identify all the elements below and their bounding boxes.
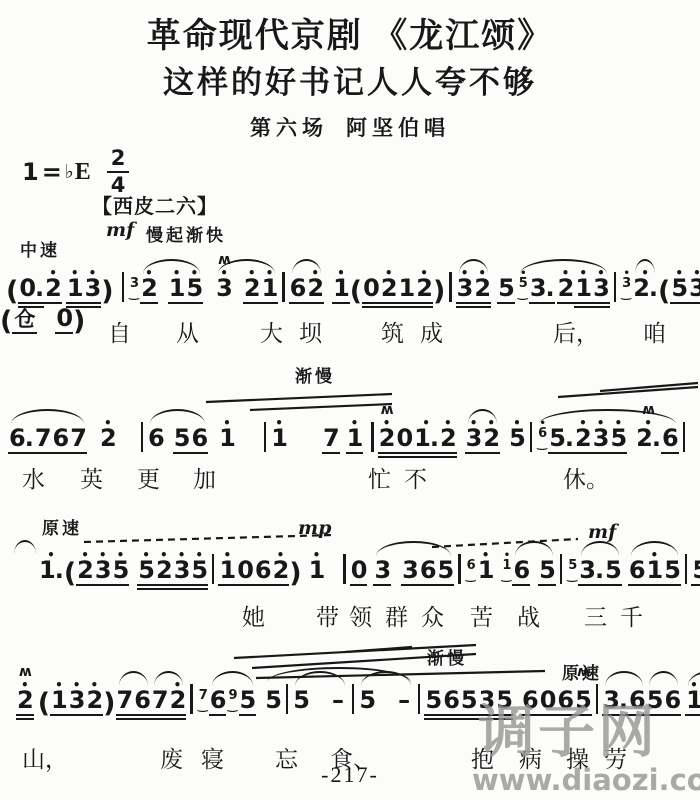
beam-line <box>460 714 478 716</box>
note-digit: 5 <box>692 558 700 582</box>
beam-line <box>424 718 442 720</box>
beam-line <box>401 584 419 586</box>
octave-dot-above: • <box>439 417 457 429</box>
beam-line <box>350 584 368 586</box>
beam-line <box>306 302 324 304</box>
note-digit: 1 <box>399 276 415 300</box>
beam-line <box>529 302 555 304</box>
grace-tie-icon: ‿ <box>537 437 547 449</box>
jianpu-note: 1• <box>218 558 236 591</box>
slur-group: 1•7‿1• <box>685 688 700 721</box>
beam-line <box>362 302 380 304</box>
beam-line <box>685 714 700 716</box>
beam-line <box>628 584 646 586</box>
tempo-marking: 慢起渐快 <box>146 221 226 246</box>
octave-dot-above: • <box>218 549 236 561</box>
jianpu-note: 2• <box>415 276 433 309</box>
octave-dot-above: • <box>592 267 610 279</box>
barline <box>458 554 460 584</box>
rest-note: 0. <box>18 276 44 309</box>
barline <box>683 422 685 452</box>
octave-dot-above: • <box>670 267 688 279</box>
beam-line <box>155 588 173 590</box>
jianpu-note: 6 <box>254 558 272 591</box>
lyric-char: 筑 <box>381 322 404 345</box>
octave-dot-above: • <box>482 417 500 429</box>
octave-dot-above: • <box>84 267 102 279</box>
beam-line <box>497 302 515 304</box>
beam-line <box>116 718 134 720</box>
beam-line <box>574 452 592 454</box>
beam-line <box>261 302 279 304</box>
grace-note: 3‿ <box>130 277 139 295</box>
slur-group: 62• <box>289 276 324 309</box>
barline <box>286 684 288 714</box>
jianpu-note: 2• <box>155 558 173 591</box>
barline <box>418 684 420 714</box>
beam-line <box>574 306 592 308</box>
jianpu-note: 1 <box>398 276 416 309</box>
note-digit: 3. <box>579 558 603 582</box>
jianpu-note: 3• <box>688 276 700 309</box>
beam-line <box>173 452 191 454</box>
jianpu-note: 5• <box>185 276 203 309</box>
key-tonic: 1 <box>22 158 39 186</box>
note-digit: 5 <box>539 558 555 582</box>
note-digit: 7 <box>117 688 133 712</box>
beam-line <box>439 456 457 458</box>
jianpu-note: 6 <box>209 688 227 721</box>
beam-line <box>395 456 413 458</box>
jianpu-note: 1• <box>646 558 664 591</box>
beam-line <box>456 302 474 304</box>
jianpu-note: 1.• <box>38 558 64 591</box>
jianpu-note: 2• <box>76 558 94 591</box>
beam-line <box>419 584 437 586</box>
lyric-char: 水 <box>22 468 45 491</box>
grace-tie-icon: ‿ <box>227 699 237 711</box>
jianpu-note: 6 <box>133 688 151 721</box>
lyric-char: 英 <box>80 468 103 491</box>
song-title: 这样的好书记人人夸不够 <box>0 57 700 102</box>
note-row: 6.7672•6561•1•71•2•ʍ01.•2•3•2•5•6•‿5.2•3… <box>8 422 689 459</box>
jianpu-note: 2• <box>439 426 457 459</box>
tie-arc <box>14 554 38 584</box>
jianpu-note: 6 <box>442 688 460 721</box>
note-digit: 5 <box>240 688 256 712</box>
beam-line <box>473 306 491 308</box>
octave-dot-above: • <box>574 267 592 279</box>
beam-line <box>289 302 307 304</box>
beam-line <box>548 452 574 454</box>
beam-line <box>574 302 592 304</box>
octave-dot-above: • <box>50 679 68 691</box>
octave-dot-above: • <box>473 267 491 279</box>
mordent-icon: ʍ <box>19 665 31 679</box>
lyric-char: 大 <box>260 322 283 345</box>
beam-line <box>190 584 208 586</box>
grace-note: 9‿ <box>228 689 237 707</box>
octave-dot-above: • <box>413 417 439 429</box>
notation-line <box>206 394 392 402</box>
beam-line <box>346 452 364 454</box>
octave-dot-above: • <box>99 417 117 429</box>
jianpu-note: 3• <box>456 276 474 309</box>
jianpu-note: 5 <box>538 558 556 591</box>
rest-note: 0 <box>236 558 254 591</box>
lyric-char: 三 <box>584 606 607 629</box>
close-parenthesis: ) <box>103 690 115 717</box>
slur-group: 5– <box>292 688 348 721</box>
jianpu-note: 2.• <box>632 276 658 309</box>
octave-dot-above: • <box>646 549 664 561</box>
jianpu-note: 5 <box>173 426 191 459</box>
beam-line <box>137 588 155 590</box>
note-digit: 5 <box>461 688 477 712</box>
jianpu-note: 3• <box>592 426 610 459</box>
grace-note: 6‿ <box>467 559 476 577</box>
lyric-char: 加 <box>193 468 216 491</box>
octave-dot-above: • <box>592 417 610 429</box>
beam-line <box>8 452 34 454</box>
dynamics-marking: mf <box>588 521 616 543</box>
note-digit: 5 <box>293 688 309 712</box>
slur-group: 2•1•5• <box>140 276 203 309</box>
series-title: 革命现代京剧 《龙江颂》 <box>0 8 700 57</box>
jianpu-note: 1• <box>50 688 68 721</box>
held-note-dash: – <box>332 688 344 712</box>
watermark-site-name: 调子网 <box>478 704 658 761</box>
equals-sign: = <box>42 158 62 186</box>
slur-group: 3•2• <box>456 276 491 309</box>
jianpu-note: 6 <box>661 426 679 459</box>
notation-line <box>600 383 698 391</box>
beam-line <box>362 306 380 308</box>
rest-note: 0 <box>55 306 73 339</box>
jianpu-note: 5• <box>112 558 130 591</box>
beam-line <box>16 718 34 720</box>
octave-dot-above: • <box>519 269 528 279</box>
grace-note: 3•‿ <box>622 277 631 295</box>
notation-line <box>84 535 332 542</box>
note-digit: 5 <box>265 688 281 712</box>
open-parenthesis: ( <box>0 308 12 335</box>
beam-line <box>190 588 208 590</box>
note-digit: 0 <box>363 276 379 300</box>
barline <box>530 422 532 452</box>
key-signature: 1 = ♭ E 2 4 <box>22 148 129 196</box>
lyric-char: 不 <box>404 468 427 491</box>
jianpu-note: 2• <box>306 276 324 309</box>
syllable-text: 仓 <box>14 307 35 331</box>
beam-line <box>52 452 70 454</box>
beam-line <box>663 584 681 586</box>
note-digit: 6 <box>662 426 678 450</box>
note-digit: 5 <box>664 558 680 582</box>
jianpu-note: 5 <box>264 688 282 721</box>
notation-line <box>432 539 578 547</box>
beam-line <box>415 306 433 308</box>
jianpu-note: 1• <box>332 276 350 309</box>
jianpu-note: 5 <box>239 688 257 721</box>
tempo-marking: 原速 <box>42 514 82 539</box>
slur-group: 55–5– <box>264 684 414 721</box>
jianpu-note: 5 <box>358 688 376 721</box>
octave-dot-above: • <box>272 549 290 561</box>
jianpu-note: 5• <box>609 426 627 459</box>
jianpu-note: 5 <box>663 558 681 591</box>
percussion-syllable: 仓 <box>12 309 37 339</box>
barline <box>282 272 284 302</box>
close-parenthesis: ) <box>73 308 85 335</box>
note-digit: 6 <box>134 688 150 712</box>
beam-line <box>380 302 398 304</box>
beam-line <box>18 302 44 304</box>
time-signature: 2 4 <box>107 148 130 196</box>
mordent-icon: ʍ <box>642 403 654 417</box>
lyric-char: 休。 <box>563 468 609 491</box>
beam-line <box>456 306 474 308</box>
octave-dot-above: • <box>155 549 173 561</box>
jianpu-note: 5 <box>460 688 478 721</box>
jianpu-note: 6 <box>419 558 437 591</box>
jianpu-note: 5 <box>497 276 515 309</box>
beam-line <box>398 302 416 304</box>
beam-line <box>609 452 627 454</box>
barline <box>264 422 266 452</box>
barline <box>449 272 451 302</box>
jianpu-note: 2• <box>574 426 592 459</box>
tempo-marking: 渐慢 <box>295 362 335 387</box>
jianpu-note: 2• <box>140 276 158 309</box>
lyric-char: 坝 <box>299 322 322 345</box>
tempo-marking: 渐慢 <box>427 644 467 669</box>
beam-line <box>378 452 396 454</box>
beam-line <box>151 714 169 716</box>
beam-line <box>173 584 191 586</box>
beam-line <box>84 302 102 304</box>
octave-dot-above: • <box>261 267 279 279</box>
jianpu-note: 6 <box>52 426 70 459</box>
note-digit: 6 <box>629 558 645 582</box>
beam-line <box>151 718 169 720</box>
beam-line <box>465 452 483 454</box>
rest-note: 0 <box>350 558 368 591</box>
lyric-char: 成 <box>420 322 443 345</box>
beam-line <box>332 302 350 304</box>
jianpu-note: 2• <box>243 276 261 309</box>
octave-dot-above: • <box>169 679 187 691</box>
jianpu-note: 2• <box>99 426 117 459</box>
beam-line <box>50 714 68 716</box>
note-digit: 6 <box>191 426 207 450</box>
open-parenthesis: ( <box>350 278 362 305</box>
octave-dot-above: • <box>688 267 700 279</box>
note-digit: 5. <box>549 426 573 450</box>
beam-line <box>413 452 439 454</box>
beam-line <box>85 714 103 716</box>
scene-performer-line: 第六场阿坚伯唱 <box>0 112 700 142</box>
octave-dot-above: • <box>16 679 34 691</box>
beam-line <box>155 584 173 586</box>
grace-tie-icon: ‿ <box>501 569 511 581</box>
octave-dot-above: • <box>140 267 158 279</box>
note-row: 1.•(2•3•5•5•2•3•5•1•062•)1•033656‿1•1•‿6… <box>14 554 700 591</box>
beam-line <box>68 714 86 716</box>
octave-dot-above: • <box>190 549 208 561</box>
slur-group: 3•2• <box>465 426 500 459</box>
barline <box>190 684 192 714</box>
jianpu-note: 6 <box>512 558 530 591</box>
beam-line <box>12 332 37 334</box>
lyric-char: 苦 <box>470 606 493 629</box>
barline <box>343 554 345 584</box>
jianpu-note: 5 <box>691 558 700 591</box>
slur-group: 5– <box>358 688 414 721</box>
jianpu-note: 2• <box>169 688 187 721</box>
octave-dot-above: • <box>332 267 350 279</box>
lyric-char: 她 <box>242 606 265 629</box>
jianpu-note: 6 <box>663 688 681 721</box>
beam-line <box>236 584 254 586</box>
grace-tie-icon: ‿ <box>129 287 139 299</box>
jianpu-note: 3• <box>94 558 112 591</box>
note-digit: 0. <box>19 276 43 300</box>
jianpu-note: 1• <box>308 558 326 591</box>
jianpu-note: 3. <box>529 276 555 309</box>
open-parenthesis: ( <box>64 560 76 587</box>
note-digit: 3. <box>530 276 554 300</box>
beam-line <box>16 714 34 716</box>
note-digit: 0 <box>56 306 72 330</box>
beam-line <box>512 584 530 586</box>
beam-line <box>395 452 413 454</box>
jianpu-note: 2• <box>557 276 575 309</box>
beam-line <box>415 302 433 304</box>
beam-line <box>380 306 398 308</box>
slur-group: 3•ʍ2•1• <box>215 276 278 309</box>
jianpu-note: 2• <box>380 276 398 309</box>
note-digit: 7 <box>152 688 168 712</box>
barline <box>352 684 354 714</box>
octave-dot-above: • <box>635 417 661 429</box>
octave-dot-above: • <box>218 417 236 429</box>
beam-line <box>442 718 460 720</box>
slur-group: 65 <box>512 558 555 591</box>
barline <box>614 272 616 302</box>
grace-note: 7‿ <box>199 689 208 707</box>
jianpu-note: 1.• <box>413 426 439 459</box>
beam-line <box>254 584 272 586</box>
note-digit: 6 <box>420 558 436 582</box>
flat-icon: ♭ <box>65 161 74 183</box>
notation-line <box>345 647 412 652</box>
grace-tie-icon: ‿ <box>198 699 208 711</box>
meter-numerator: 2 <box>107 148 130 171</box>
grace-tie-icon: ‿ <box>466 569 476 581</box>
jianpu-note: 3 <box>373 558 391 591</box>
note-digit: 6 <box>290 276 306 300</box>
grace-tie-icon: ‿ <box>518 287 528 299</box>
jianpu-note: 5 <box>424 688 442 721</box>
lyric-char: 千 <box>620 606 643 629</box>
jianpu-note: 5• <box>508 426 526 459</box>
jianpu-note: 1• <box>574 276 592 309</box>
jianpu-note: 6. <box>8 426 34 459</box>
octave-dot-above: • <box>557 267 575 279</box>
beam-line <box>439 452 457 454</box>
octave-dot-above: • <box>308 549 326 561</box>
barline <box>212 554 214 584</box>
mordent-icon: ʍ <box>381 403 393 417</box>
lyric-char: 自 <box>108 322 131 345</box>
note-digit: 6 <box>148 426 164 450</box>
grace-note: 5•‿ <box>519 277 528 295</box>
octave-dot-above: • <box>185 267 203 279</box>
tempo-marking: 原速 <box>562 659 602 684</box>
jianpu-note: 5. <box>548 426 574 459</box>
octave-dot-above: • <box>137 549 155 561</box>
beam-line <box>688 302 700 304</box>
octave-dot-above: • <box>76 549 94 561</box>
octave-dot-above: • <box>346 417 364 429</box>
jianpu-note: 3• <box>173 558 191 591</box>
beam-line <box>592 302 610 304</box>
jianpu-note: 5• <box>190 558 208 591</box>
jianpu-note: 7 <box>322 426 340 459</box>
beam-line <box>482 452 500 454</box>
jianpu-note: 3• <box>84 276 102 309</box>
beam-line <box>34 452 52 454</box>
jianpu-note: 6 <box>147 426 165 459</box>
barline <box>141 422 143 452</box>
key-letter: E <box>75 159 91 186</box>
jianpu-note: 3 <box>401 558 419 591</box>
note-digit: 6 <box>255 558 271 582</box>
octave-dot-above: • <box>508 417 526 429</box>
jianpu-note: 5 <box>604 558 622 591</box>
notation-line <box>250 404 392 410</box>
jianpu-note: 7 <box>151 688 169 721</box>
octave-dot-above: • <box>68 679 86 691</box>
jianpu-note: 7 <box>69 426 87 459</box>
lyric-char: 群 <box>385 606 408 629</box>
jianpu-note: 1• <box>168 276 186 309</box>
slur-group: 6.767 <box>8 426 87 459</box>
beam-line <box>473 302 491 304</box>
beam-line <box>239 714 257 716</box>
beam-line <box>373 584 391 586</box>
beam-line <box>592 306 610 308</box>
jianpu-note: 5• <box>670 276 688 309</box>
grace-note: 5‿ <box>568 559 577 577</box>
beam-line <box>69 452 87 454</box>
beam-line <box>424 714 442 716</box>
beam-line <box>437 584 455 586</box>
beam-line <box>168 302 186 304</box>
beam-line <box>169 718 187 720</box>
jianpu-note: 3• <box>592 276 610 309</box>
jianpu-note: 2• <box>482 426 500 459</box>
beam-line <box>557 302 575 304</box>
note-digit: 5 <box>174 426 190 450</box>
beam-line <box>578 584 604 586</box>
rest-note: 0 <box>362 276 380 309</box>
note-digit: 5 <box>425 688 441 712</box>
beam-line <box>272 584 290 586</box>
lyric-char: 更 <box>137 468 160 491</box>
close-parenthesis: ) <box>101 278 113 305</box>
